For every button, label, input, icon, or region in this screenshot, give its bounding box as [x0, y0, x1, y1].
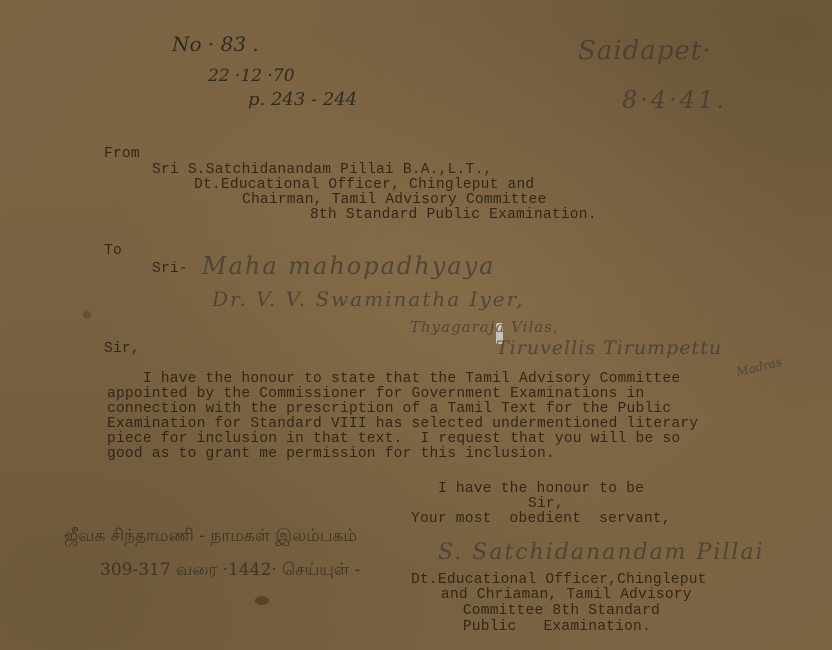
paper-stain [255, 596, 269, 605]
closing-line-3: Your most obedient servant, [411, 511, 671, 528]
reference-pages: p. 243 - 244 [248, 89, 357, 110]
salutation: Sir, [104, 341, 140, 358]
from-label: From [104, 146, 140, 163]
addressee-line-1: Maha mahopadhyaya [202, 252, 495, 280]
tamil-note-line-2: 309-317 வரை ·1442· செய்யுள் - [100, 560, 360, 582]
body-line-6: good as to grant me permission for this … [107, 446, 555, 463]
addressee-line-2: Dr. V. V. Swaminatha Iyer, [212, 287, 524, 311]
signature-title-line-2: and Chriaman, Tamil Advisory [423, 587, 692, 604]
reference-number: No · 83 . [172, 32, 259, 56]
reference-date: 22 ·12 ·70 [208, 66, 295, 86]
place-handwritten: Saidapet· [578, 36, 712, 66]
to-prefix: Sri- [152, 261, 188, 278]
signature-title-line-3: Committee 8th Standard [427, 603, 660, 620]
from-line-4: 8th Standard Public Examination. [310, 207, 597, 224]
addressee-line-5: Madras [735, 355, 783, 380]
to-label: To [104, 243, 122, 260]
letter-page: No · 83 . 22 ·12 ·70 p. 243 - 244 Saidap… [0, 0, 832, 650]
date-handwritten: 8·4·41. [622, 86, 727, 114]
signature: S. Satchidanandam Pillai [438, 540, 765, 565]
paper-stain [83, 311, 91, 319]
tamil-note-line-1: ஜீவக சிந்தாமணி - நாமகள் இலம்பகம் [64, 526, 357, 548]
addressee-line-4: Tiruvellis Tirumpettu [496, 337, 722, 359]
addressee-line-3: Thyagaraja Vilas, [410, 318, 559, 336]
signature-title-line-4: Public Examination. [427, 619, 651, 636]
